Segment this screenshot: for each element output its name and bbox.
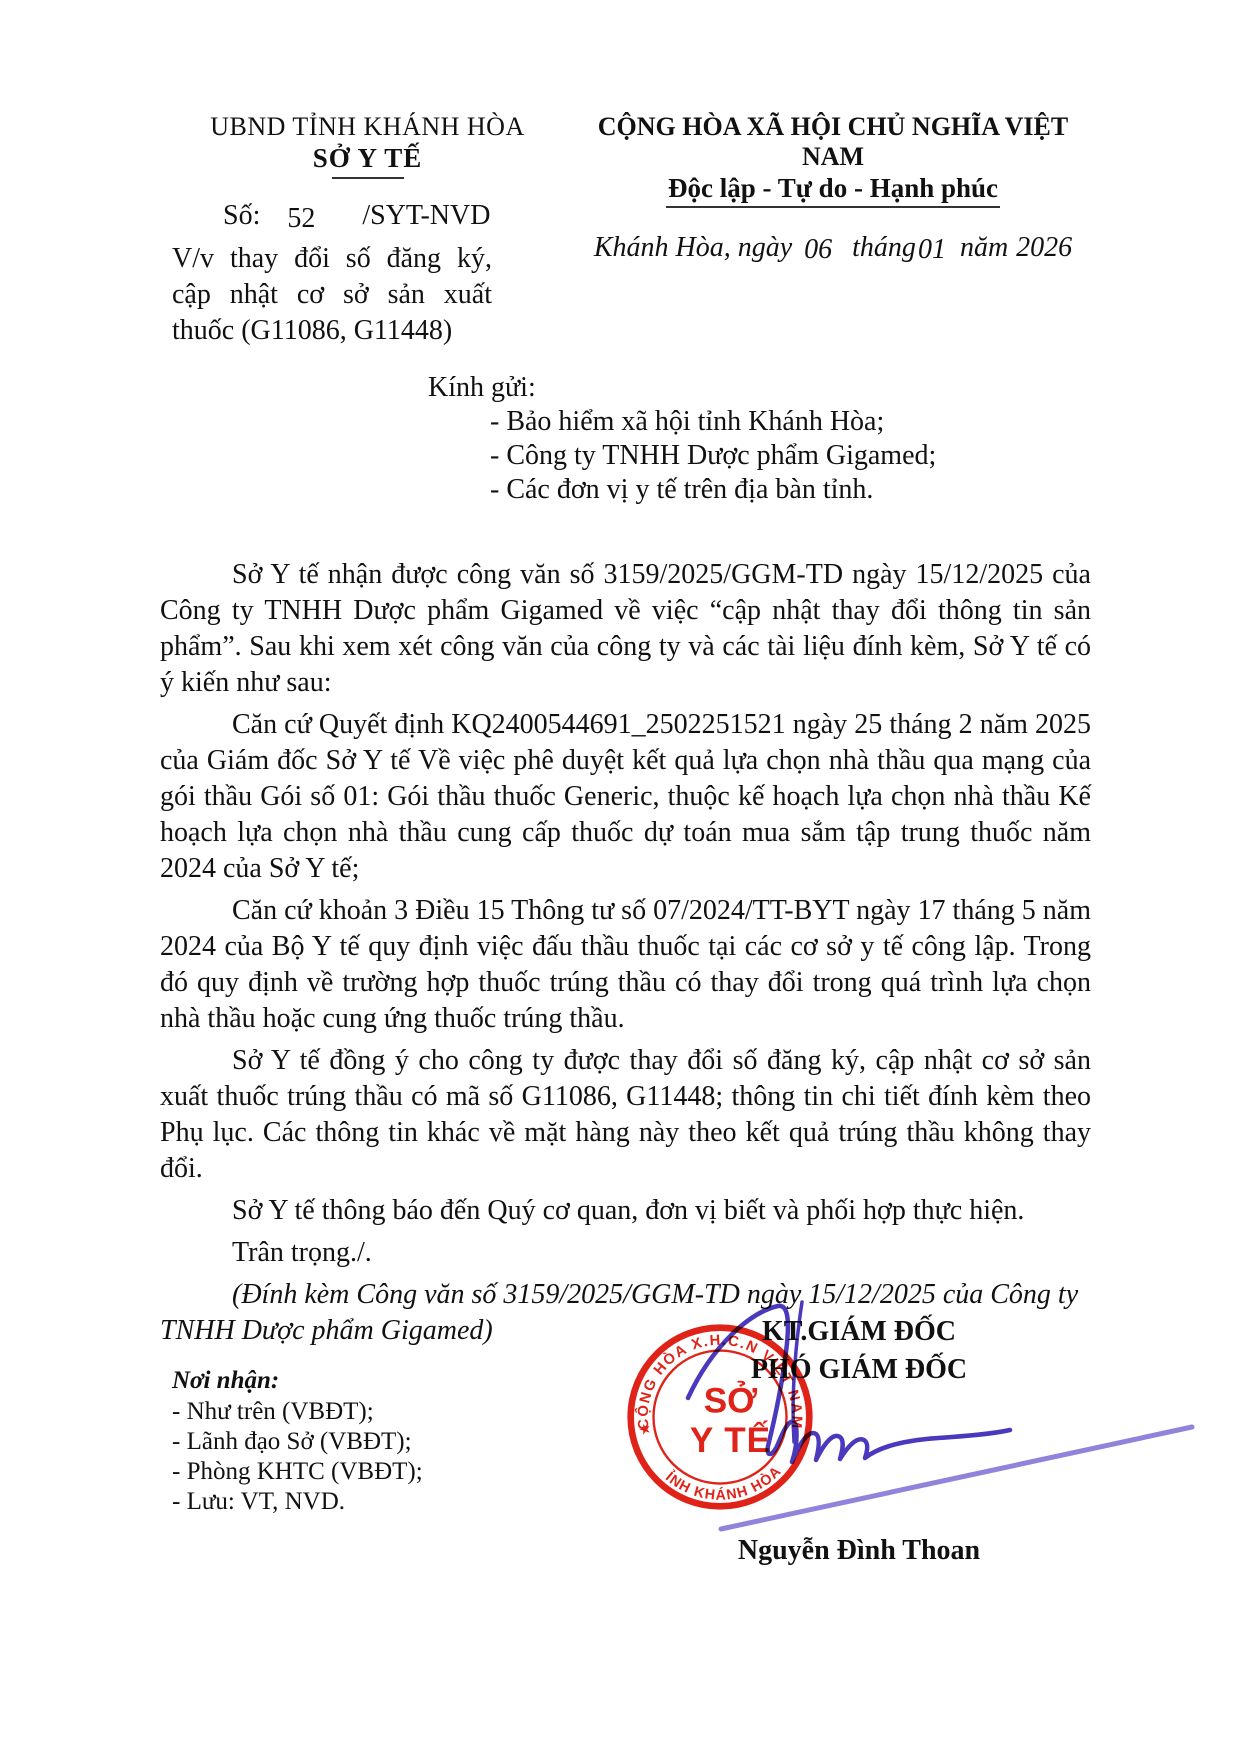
national-motto: Độc lập - Tự do - Hạnh phúc <box>666 172 1000 208</box>
national-title: CỘNG HÒA XÃ HỘI CHỦ NGHĨA VIỆT NAM <box>575 112 1091 172</box>
document-number-line: Số: 52 /SYT-NVD <box>160 201 575 231</box>
national-motto-wrap: Độc lập - Tự do - Hạnh phúc <box>575 172 1091 209</box>
place-date-prefix: Khánh Hòa, ngày <box>594 232 792 263</box>
body-paragraph: Sở Y tế đồng ý cho công ty được thay đổi… <box>160 1043 1091 1187</box>
signature-vertical-stroke <box>793 1302 802 1442</box>
body-paragraph: Sở Y tế thông báo đến Quý cơ quan, đơn v… <box>160 1193 1091 1229</box>
date-year: 2026 <box>1016 232 1072 263</box>
body-paragraph: Căn cứ khoản 3 Điều 15 Thông tư số 07/20… <box>160 893 1091 1037</box>
date-year-label: năm <box>960 232 1008 263</box>
date-month: 01 <box>918 234 946 265</box>
official-letter-page: UBND TỈNH KHÁNH HÒA SỞ Y TẾ Số: 52 /SYT-… <box>0 0 1241 1754</box>
date-day: 06 <box>804 234 832 265</box>
issuer-org-name: SỞ Y TẾ <box>160 142 575 174</box>
issuer-underline-rule <box>332 177 404 179</box>
issuer-block: UBND TỈNH KHÁNH HÒA SỞ Y TẾ Số: 52 /SYT-… <box>160 112 575 349</box>
body-paragraph: Căn cứ Quyết định KQ2400544691_250225152… <box>160 707 1091 887</box>
national-block: CỘNG HÒA XÃ HỘI CHỦ NGHĨA VIỆT NAM Độc l… <box>575 112 1091 349</box>
date-month-label: tháng <box>852 232 916 263</box>
salutation-recipient: - Công ty TNHH Dược phẩm Gigamed; <box>490 439 1091 473</box>
salutation-recipient: - Bảo hiểm xã hội tỉnh Khánh Hòa; <box>490 405 1091 439</box>
letter-header: UBND TỈNH KHÁNH HÒA SỞ Y TẾ Số: 52 /SYT-… <box>160 112 1091 349</box>
closing-paragraph: Trân trọng./. <box>160 1235 1091 1271</box>
signature-flourish-stroke <box>688 1306 1010 1462</box>
salutation-recipient: - Các đơn vị y tế trên địa bàn tỉnh. <box>490 473 1091 507</box>
document-number-suffix: /SYT-NVD <box>362 200 490 231</box>
letter-body: Sở Y tế nhận được công văn số 3159/2025/… <box>160 557 1091 1349</box>
salutation-label: Kính gửi: <box>428 371 1091 405</box>
document-subject: V/v thay đổi số đăng ký, cập nhật cơ sở … <box>172 241 492 349</box>
document-number-label: Số: <box>223 200 260 231</box>
salutation-block: Kính gửi: - Bảo hiểm xã hội tỉnh Khánh H… <box>160 371 1091 507</box>
handwritten-signature <box>540 1280 1240 1620</box>
document-number-value: 52 <box>287 203 315 234</box>
place-date-line: Khánh Hòa, ngày06tháng01năm2026 <box>575 233 1091 263</box>
issuer-parent-org: UBND TỈNH KHÁNH HÒA <box>160 112 575 142</box>
signature-underline-stroke <box>721 1427 1192 1529</box>
body-paragraph: Sở Y tế nhận được công văn số 3159/2025/… <box>160 557 1091 701</box>
